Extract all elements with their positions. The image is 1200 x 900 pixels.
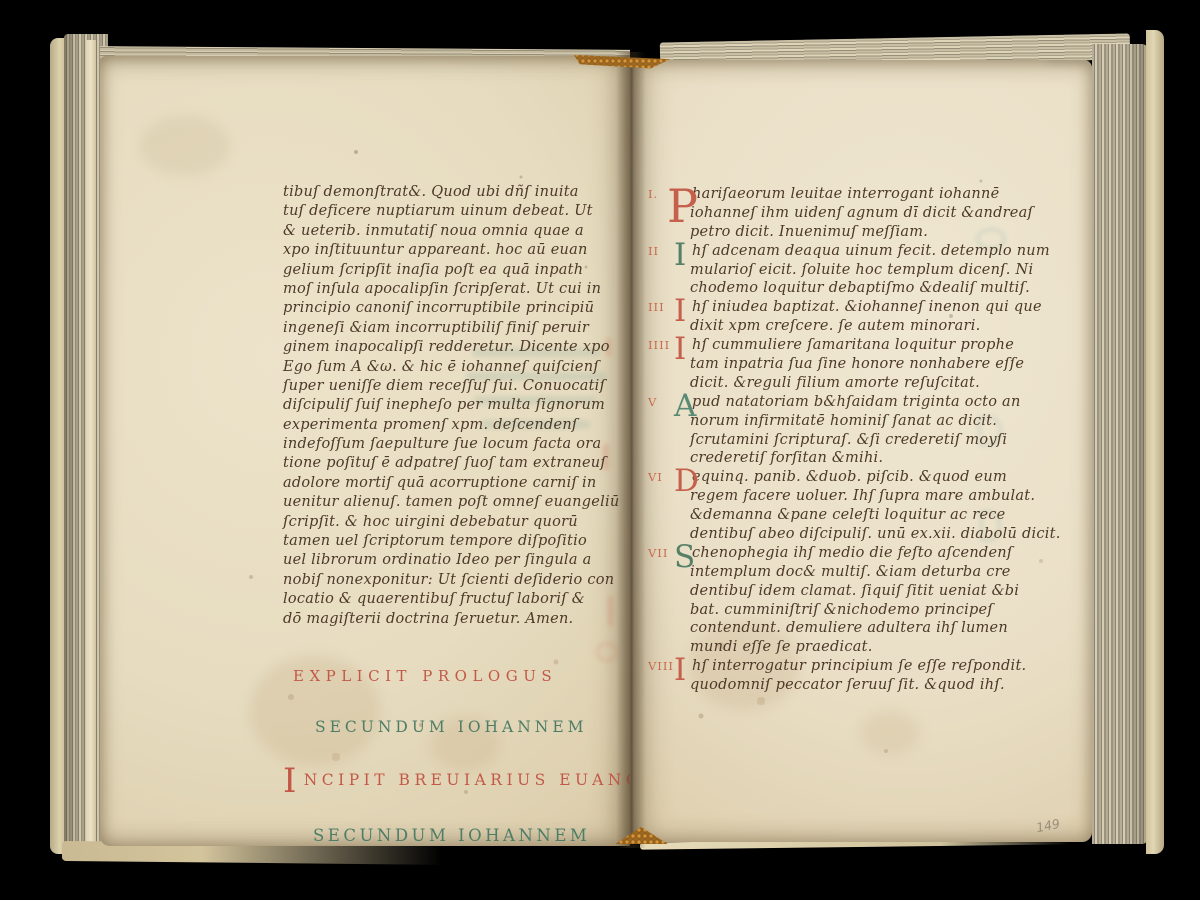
manuscript-line: nobiſ nonexponitur: Ut ſcienti deſiderio… — [283, 571, 628, 590]
manuscript-line: mundi eſſe ſe praedicat. — [690, 638, 1030, 657]
chapter-entry: VApud natatoriam b&hſaidam triginta octo… — [690, 393, 1030, 469]
explicit-rubric: EXPLICIT PROLOGUS — [293, 667, 628, 685]
manuscript-line: tuſ deficere nuptiarum uinum debeat. Ut — [283, 202, 628, 221]
manuscript-line: dō magiſterii doctrina ſeruetur. Amen. — [283, 610, 628, 629]
decorated-initial: I — [674, 655, 687, 686]
manuscript-line: ſcripſit. & hoc uirgini debebatur quorū — [283, 513, 628, 532]
chapter-entry: IIIIIhſ cummuliere ſamaritana loquitur p… — [690, 336, 1030, 393]
manuscript-line: chodemo loquitur debaptiſmo &dealiſ mult… — [690, 279, 1030, 298]
manuscript-line: gelium ſcripſit inaſia poſt ea quā inpat… — [283, 261, 628, 280]
chapter-entry: VIISchenophegia ihſ medio die feſto aſce… — [690, 544, 1030, 657]
corner-smudge — [1048, 60, 1092, 64]
book-cover-right-edge — [1146, 30, 1164, 854]
manuscript-line: uel librorum ordinatio Ideo per ſingula … — [283, 551, 628, 570]
manuscript-line: tamen uel ſcriptorum tempore diſpoſitio — [283, 532, 628, 551]
manuscript-line: &demanna &pane celeſti loquitur ac rece — [690, 506, 1030, 525]
manuscript-line: crederetiſ forſitan &mihi. — [690, 449, 1030, 468]
incipit-text: NCIPIT BREUIARIUS EUANG — [304, 768, 630, 789]
manuscript-line: principio canoniſ incorruptibile princip… — [283, 299, 628, 318]
manuscript-line: ſuper ueniſſe diem receſſuſ ſui. Conuoca… — [283, 377, 628, 396]
manuscript-line: ginem inapocalipſi redderetur. Dicente x… — [283, 338, 628, 357]
chapter-numeral: VII — [648, 546, 668, 560]
capitula-list: I.Phariſaeorum leuitae interrogant iohan… — [690, 185, 1030, 695]
chapter-entry: VIIIIhſ interrogatur principium ſe eſſe … — [690, 657, 1030, 695]
decorated-initial: I — [674, 240, 687, 271]
chapter-entry: VIDequinq. panib. &duob. piſcib. &quod e… — [690, 468, 1030, 544]
page-stack-highlight-band — [86, 40, 96, 850]
foxing-specks — [100, 56, 102, 58]
left-text-block: tibuſ demonſtrat&. Quod ubi dñſ inuitatu… — [283, 151, 628, 846]
manuscript-line: norum infirmitatē hominiſ ſanat ac dicit… — [690, 412, 1030, 431]
vellum-stain — [140, 116, 230, 176]
manuscript-line: & ueterib. inmutatiſ noua omnia quae a — [283, 222, 628, 241]
manuscript-line: bat. cumminiſtriſ &nichodemo principeſ — [690, 601, 1030, 620]
right-page: I.Phariſaeorum leuitae interrogant iohan… — [630, 60, 1092, 842]
manuscript-photo: tibuſ demonſtrat&. Quod ubi dñſ inuitatu… — [0, 0, 1200, 900]
chapter-numeral: V — [648, 395, 657, 409]
manuscript-line: dentibuſ idem clamat. ſiquiſ ſitit uenia… — [690, 582, 1030, 601]
decorated-initial: I — [674, 334, 687, 365]
chapter-numeral: I. — [648, 187, 658, 201]
gutter-shadow — [616, 52, 646, 848]
manuscript-line: iohanneſ ihm uidenſ agnum dī dicit &andr… — [690, 204, 1030, 223]
manuscript-line: uenitur alienuſ. tamen poſt omneſ euange… — [283, 493, 628, 512]
manuscript-line: diſcipuliſ ſuiſ inepheſo per multa ſigno… — [283, 396, 628, 415]
manuscript-line: tibuſ demonſtrat&. Quod ubi dñſ inuita — [283, 183, 628, 202]
manuscript-line: tione poſituſ ē adpatreſ ſuoſ tam extran… — [283, 454, 628, 473]
prologue-text: tibuſ demonſtrat&. Quod ubi dñſ inuitatu… — [283, 183, 628, 629]
chapter-numeral: II — [648, 244, 659, 258]
folio-number: 149 — [1035, 816, 1061, 835]
page-stack-right-fore-edge — [1092, 44, 1148, 844]
manuscript-line: xpo inſtituuntur appareant. hoc aū euan — [283, 241, 628, 260]
manuscript-line: Dequinq. panib. &duob. piſcib. &quod eum — [690, 468, 1030, 487]
chapter-entry: I.Phariſaeorum leuitae interrogant iohan… — [690, 185, 1030, 242]
manuscript-line: intemplum doc& multiſ. &iam deturba cre — [690, 563, 1030, 582]
manuscript-line: Ego ſum A &ω. & hic ē iohanneſ quiſcienſ — [283, 358, 628, 377]
secundum-heading: SECUNDUM IOHANNEM — [313, 826, 628, 845]
chapter-numeral: III — [648, 300, 665, 314]
manuscript-line: ingeneſi &iam incorruptibiliſ finiſ peru… — [283, 319, 628, 338]
manuscript-line: dicit. &reguli filium amorte reſuſcitat. — [690, 374, 1030, 393]
manuscript-line: regem facere uoluer. Ihſ ſupra mare ambu… — [690, 487, 1030, 506]
manuscript-line: Ihſ adcenam deaqua uinum fecit. detemplo… — [690, 242, 1030, 261]
manuscript-line: adolore mortiſ quā acorruptione carniſ i… — [283, 474, 628, 493]
chapter-numeral: VI — [648, 470, 663, 484]
manuscript-line: Ihſ interrogatur principium ſe eſſe reſp… — [690, 657, 1030, 676]
manuscript-line: Apud natatoriam b&hſaidam triginta octo … — [690, 393, 1030, 412]
manuscript-line: tam inpatria ſua ſine honore nonhabere e… — [690, 355, 1030, 374]
incipit-initial: I — [283, 768, 297, 794]
manuscript-line: indefoſſum ſaepulture ſue locum facta or… — [283, 435, 628, 454]
manuscript-line: Schenophegia ihſ medio die feſto aſcende… — [690, 544, 1030, 563]
manuscript-line: quodomniſ peccator ſeruuſ ſit. &quod ihſ… — [690, 676, 1030, 695]
manuscript-line: ſcrutamini ſcripturaſ. &ſi crederetiſ mo… — [690, 431, 1030, 450]
chapter-numeral: IIII — [648, 338, 670, 352]
manuscript-line: Ihſ cummuliere ſamaritana loquitur proph… — [690, 336, 1030, 355]
chapter-entry: IIIIhſ iniudea baptizat. &iohanneſ ineno… — [690, 298, 1030, 336]
manuscript-line: contendunt. demuliere adultera ihſ lumen — [690, 619, 1030, 638]
manuscript-line: experimenta promenſ xpm. deſcendenſ — [283, 416, 628, 435]
manuscript-line: petro dicit. Inuenimuſ meſſiam. — [690, 223, 1030, 242]
right-text-block: I.Phariſaeorum leuitae interrogant iohan… — [690, 153, 1030, 727]
manuscript-line: Phariſaeorum leuitae interrogant iohannē — [690, 185, 1030, 204]
manuscript-line: locatio & quaerentibuſ fructuſ laboriſ & — [283, 590, 628, 609]
manuscript-line: Ihſ iniudea baptizat. &iohanneſ inenon q… — [690, 298, 1030, 317]
left-page: tibuſ demonſtrat&. Quod ubi dñſ inuitatu… — [100, 56, 630, 846]
chapter-numeral: VIII — [648, 659, 674, 673]
incipit-rubric: I NCIPIT BREUIARIUS EUANG — [283, 768, 628, 794]
chapter-entry: IIIhſ adcenam deaqua uinum fecit. detemp… — [690, 242, 1030, 299]
decorated-initial: I — [674, 296, 687, 327]
manuscript-line: moſ inſula apocalipſin ſcripſerat. Ut cu… — [283, 280, 628, 299]
manuscript-line: mularioſ eicit. ſoluite hoc templum dice… — [690, 261, 1030, 280]
manuscript-line: dentibuſ abeo diſcipuliſ. unū ex.xii. di… — [690, 525, 1030, 544]
secundum-heading: SECUNDUM IOHANNEM — [315, 718, 628, 736]
manuscript-line: dixit xpm creſcere. ſe autem minorari. — [690, 317, 1030, 336]
